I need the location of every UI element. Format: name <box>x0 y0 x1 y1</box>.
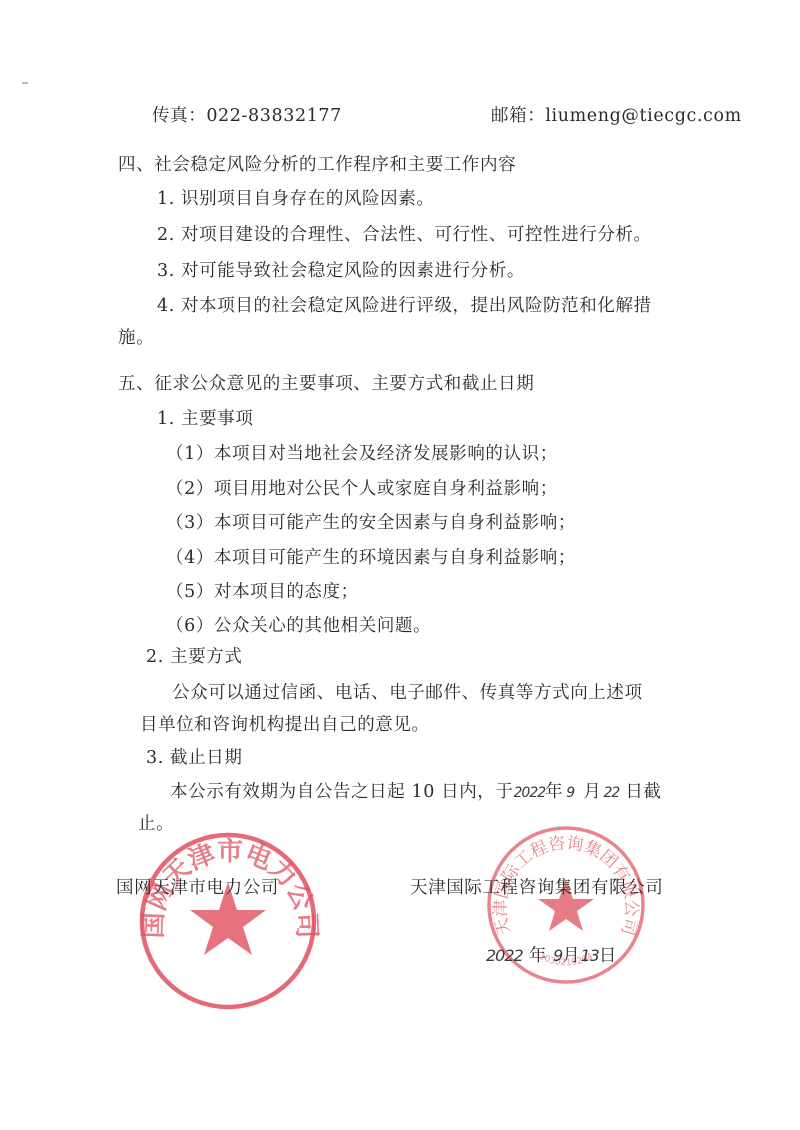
deadline-day-unit: 日截 <box>619 782 661 802</box>
signature-right-org: 天津国际工程咨询集团有限公司 <box>410 876 663 900</box>
deadline-prefix: 本公示有效期为自公告之日起 10 日内，于 <box>170 782 514 802</box>
sub-1-item-3: （3）本项目可能产生的安全因素与自身利益影响； <box>166 511 576 535</box>
email-address: liumeng@tiecgc.com <box>545 106 741 126</box>
sub-2-body-line-1: 公众可以通过信函、电话、电子邮件、传真等方式向上述项 <box>172 681 643 705</box>
sub-3-title: 3. 截止日期 <box>146 746 242 770</box>
sub-1-item-5: （5）对本项目的态度； <box>166 580 359 604</box>
section-4-item-4-cont: 施。 <box>118 326 154 350</box>
scan-artifact <box>22 82 28 84</box>
date-year-unit: 年 <box>523 946 553 966</box>
date-day-unit: 日 <box>599 946 617 966</box>
section-4-item-3: 3. 对可能导致社会稳定风险的因素进行分析。 <box>157 259 525 283</box>
sub-1-title: 1. 主要事项 <box>157 407 253 431</box>
sub-2-title: 2. 主要方式 <box>146 645 242 669</box>
fax-number: 022-83832177 <box>206 106 342 126</box>
section-4-heading: 四、社会稳定风险分析的工作程序和主要工作内容 <box>118 153 516 177</box>
date-month-handwritten: 9 <box>553 946 562 965</box>
sub-3-body-line-1: 本公示有效期为自公告之日起 10 日内，于2022年9 月22 日截 <box>170 780 662 805</box>
sub-1-item-6: （6）公众关心的其他相关问题。 <box>166 614 431 638</box>
sub-1-item-4: （4）本项目可能产生的环境因素与自身利益影响； <box>166 546 576 570</box>
fax-label: 传真： <box>152 106 206 126</box>
date-year-handwritten: 2022 <box>486 946 523 965</box>
document-page: 传真：022-83832177 邮箱：liumeng@tiecgc.com 四、… <box>0 0 800 1130</box>
sub-1-item-1: （1）本项目对当地社会及经济发展影响的认识； <box>166 442 558 466</box>
deadline-month-unit: 月 <box>577 782 601 802</box>
sub-2-body-line-2: 目单位和咨询机构提出自己的意见。 <box>140 713 430 737</box>
contact-line: 传真：022-83832177 邮箱：liumeng@tiecgc.com <box>152 104 342 128</box>
email-label: 邮箱： <box>491 106 545 126</box>
section-5-heading: 五、征求公众意见的主要事项、主要方式和截止日期 <box>118 372 534 396</box>
section-4-item-2: 2. 对项目建设的合理性、合法性、可行性、可控性进行分析。 <box>157 223 652 247</box>
left-official-seal: 国网天津市电力公司 <box>135 828 325 1018</box>
section-4-item-4: 4. 对本项目的社会稳定风险进行评级，提出风险防范和化解措 <box>157 294 652 318</box>
email-block: 邮箱：liumeng@tiecgc.com <box>491 104 742 128</box>
deadline-year-unit: 年 <box>545 782 563 802</box>
sub-3-body-line-2: 止。 <box>138 812 174 836</box>
signature-date: 2022 年 9月13日 <box>486 944 617 968</box>
deadline-day-handwritten: 22 <box>601 785 619 801</box>
deadline-month-handwritten: 9 <box>563 785 577 801</box>
signature-left-org: 国网天津市电力公司 <box>116 876 279 900</box>
date-month-unit: 月 <box>562 946 580 966</box>
sub-1-item-2: （2）项目用地对公民个人或家庭自身利益影响； <box>166 477 558 501</box>
deadline-year-handwritten: 2022 <box>514 785 546 801</box>
date-day-handwritten: 13 <box>580 946 598 965</box>
section-4-item-1: 1. 识别项目自身存在的风险因素。 <box>157 187 434 211</box>
